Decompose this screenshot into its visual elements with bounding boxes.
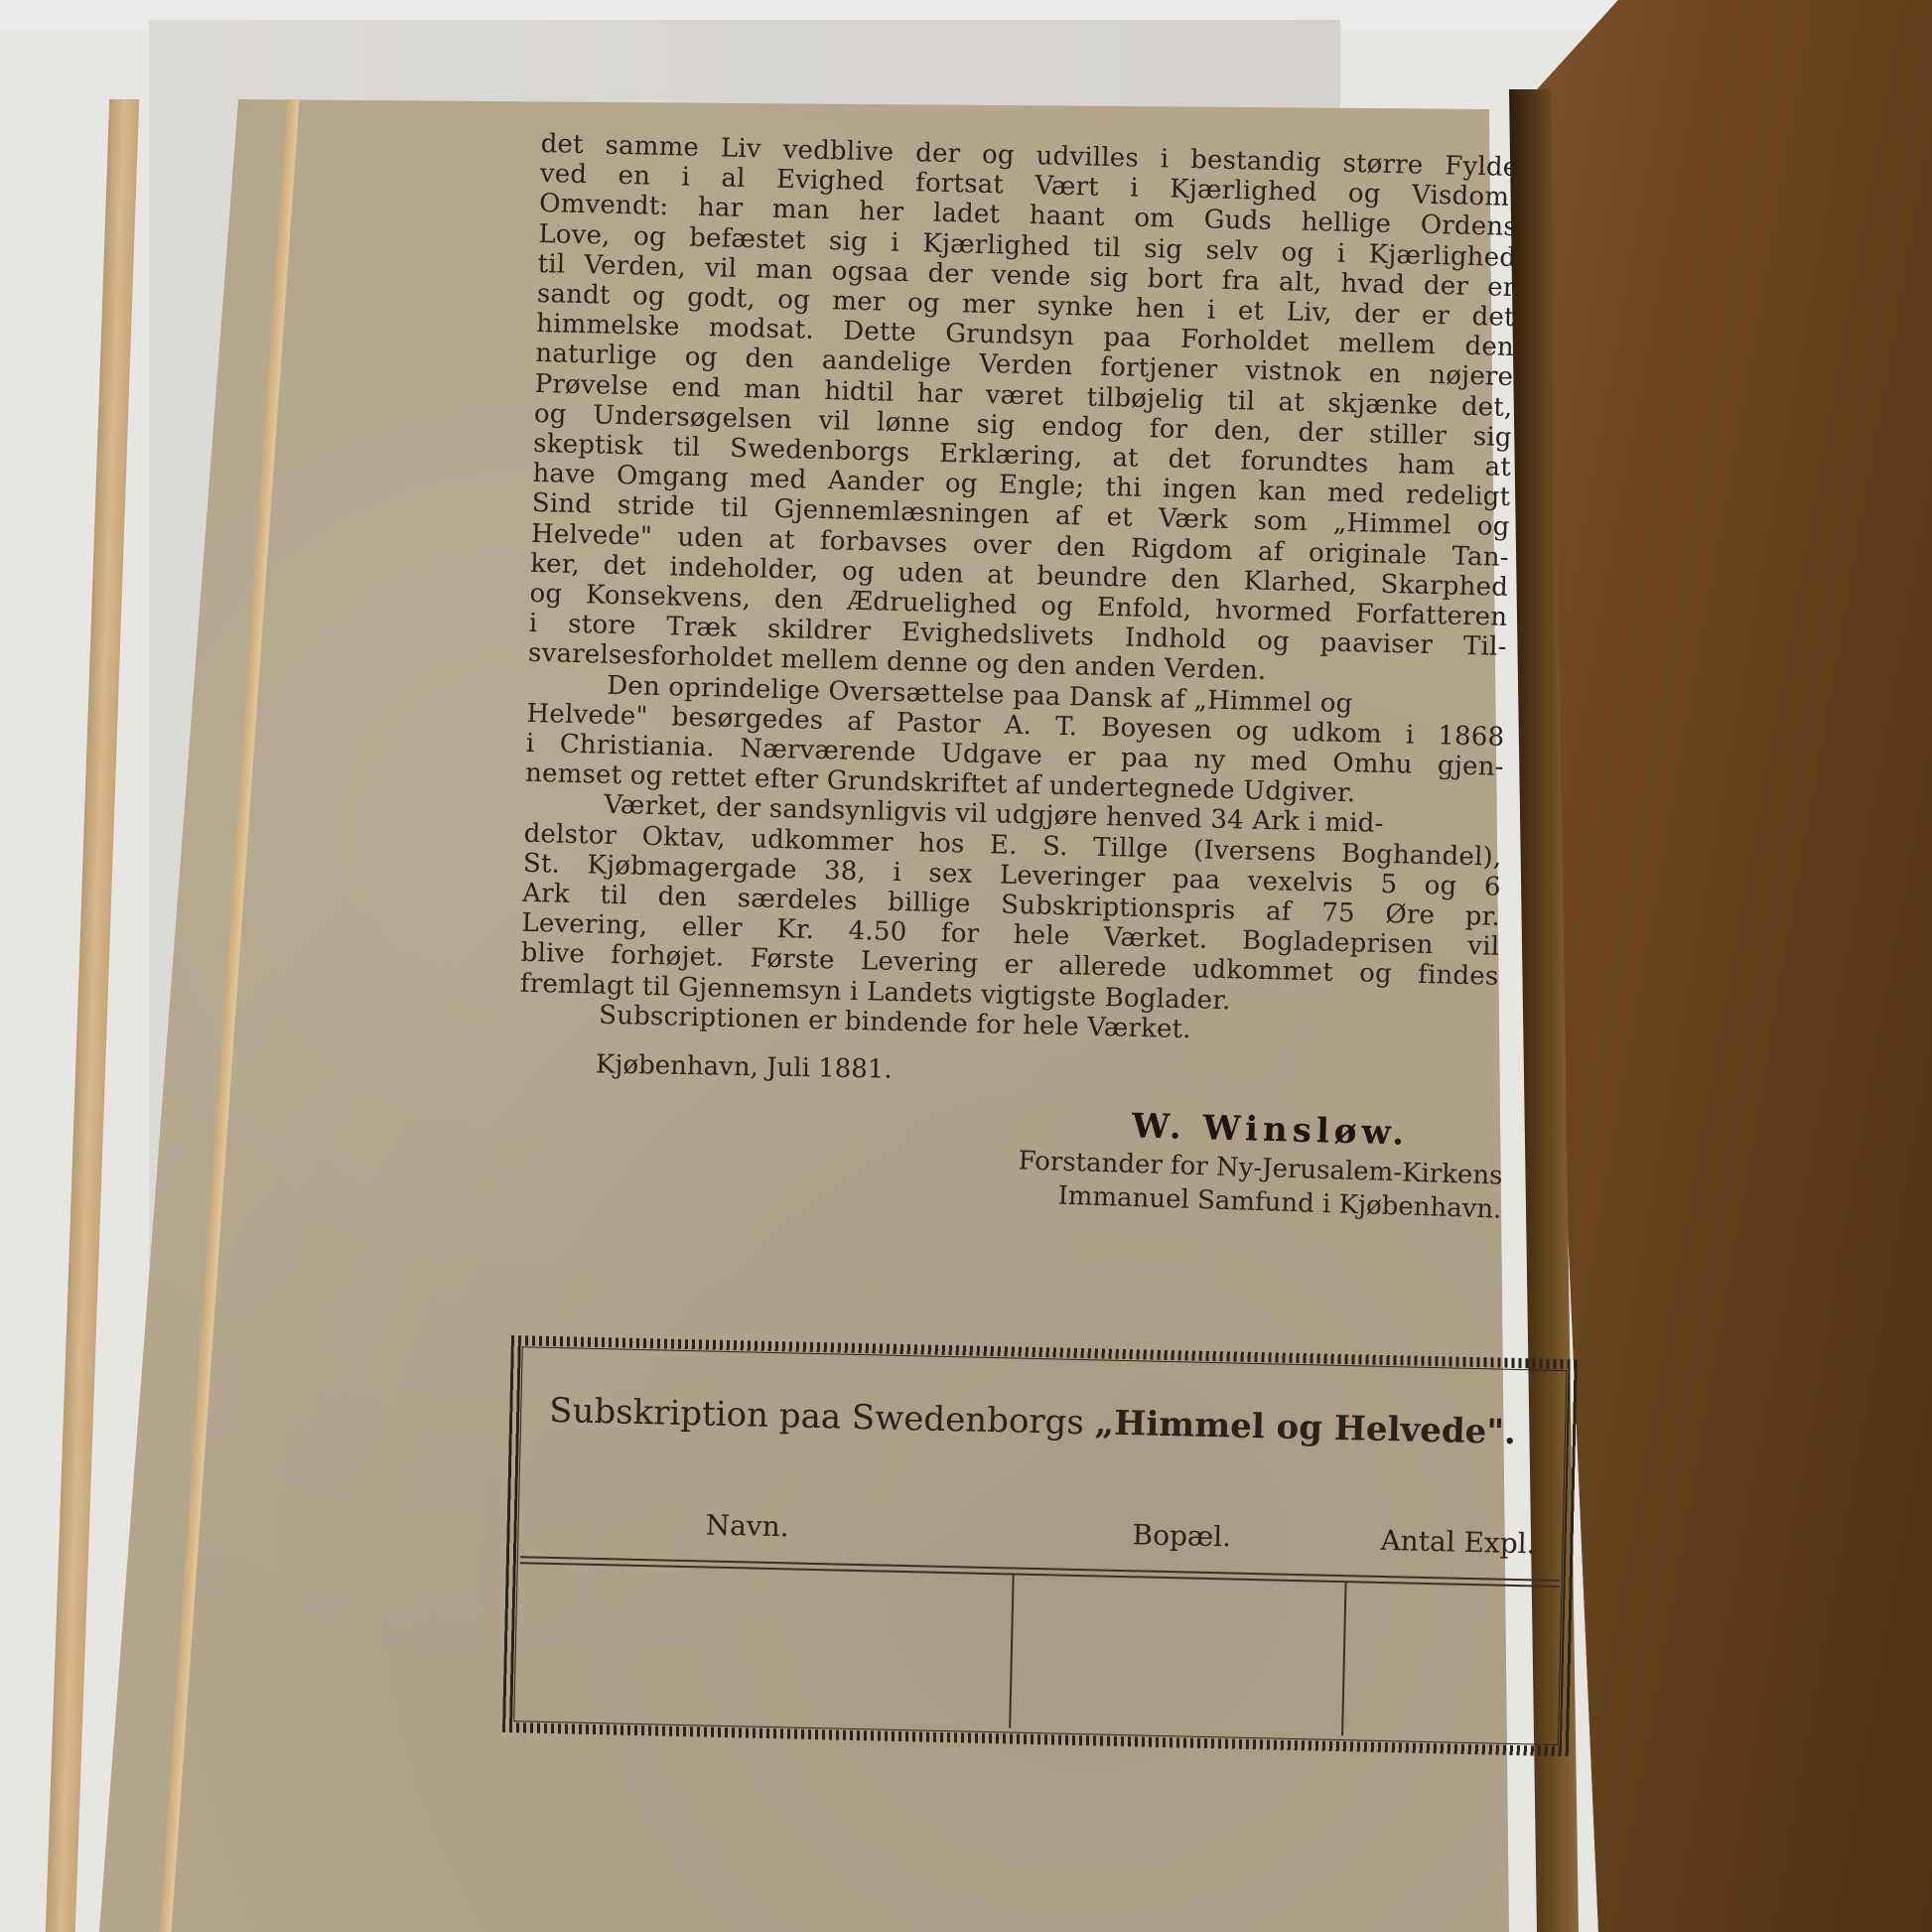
address-field[interactable] <box>1014 1581 1339 1733</box>
name-field[interactable] <box>518 1569 1008 1725</box>
copies-field[interactable] <box>1346 1587 1558 1738</box>
place-date: Kjøbenhavn, Juli 1881. <box>596 1049 893 1084</box>
body-text: det samme Liv vedblive der og udvilles i… <box>519 129 1519 1052</box>
column-header-address: Bopæl. <box>1132 1518 1231 1553</box>
column-header-name: Navn. <box>705 1508 789 1543</box>
column-header-copies: Antal Expl. <box>1380 1524 1536 1561</box>
subscription-form: Subskription paa Swedenborgs „Himmel og … <box>502 1335 1579 1756</box>
signature-name: W. Winsløw. <box>1132 1106 1410 1153</box>
